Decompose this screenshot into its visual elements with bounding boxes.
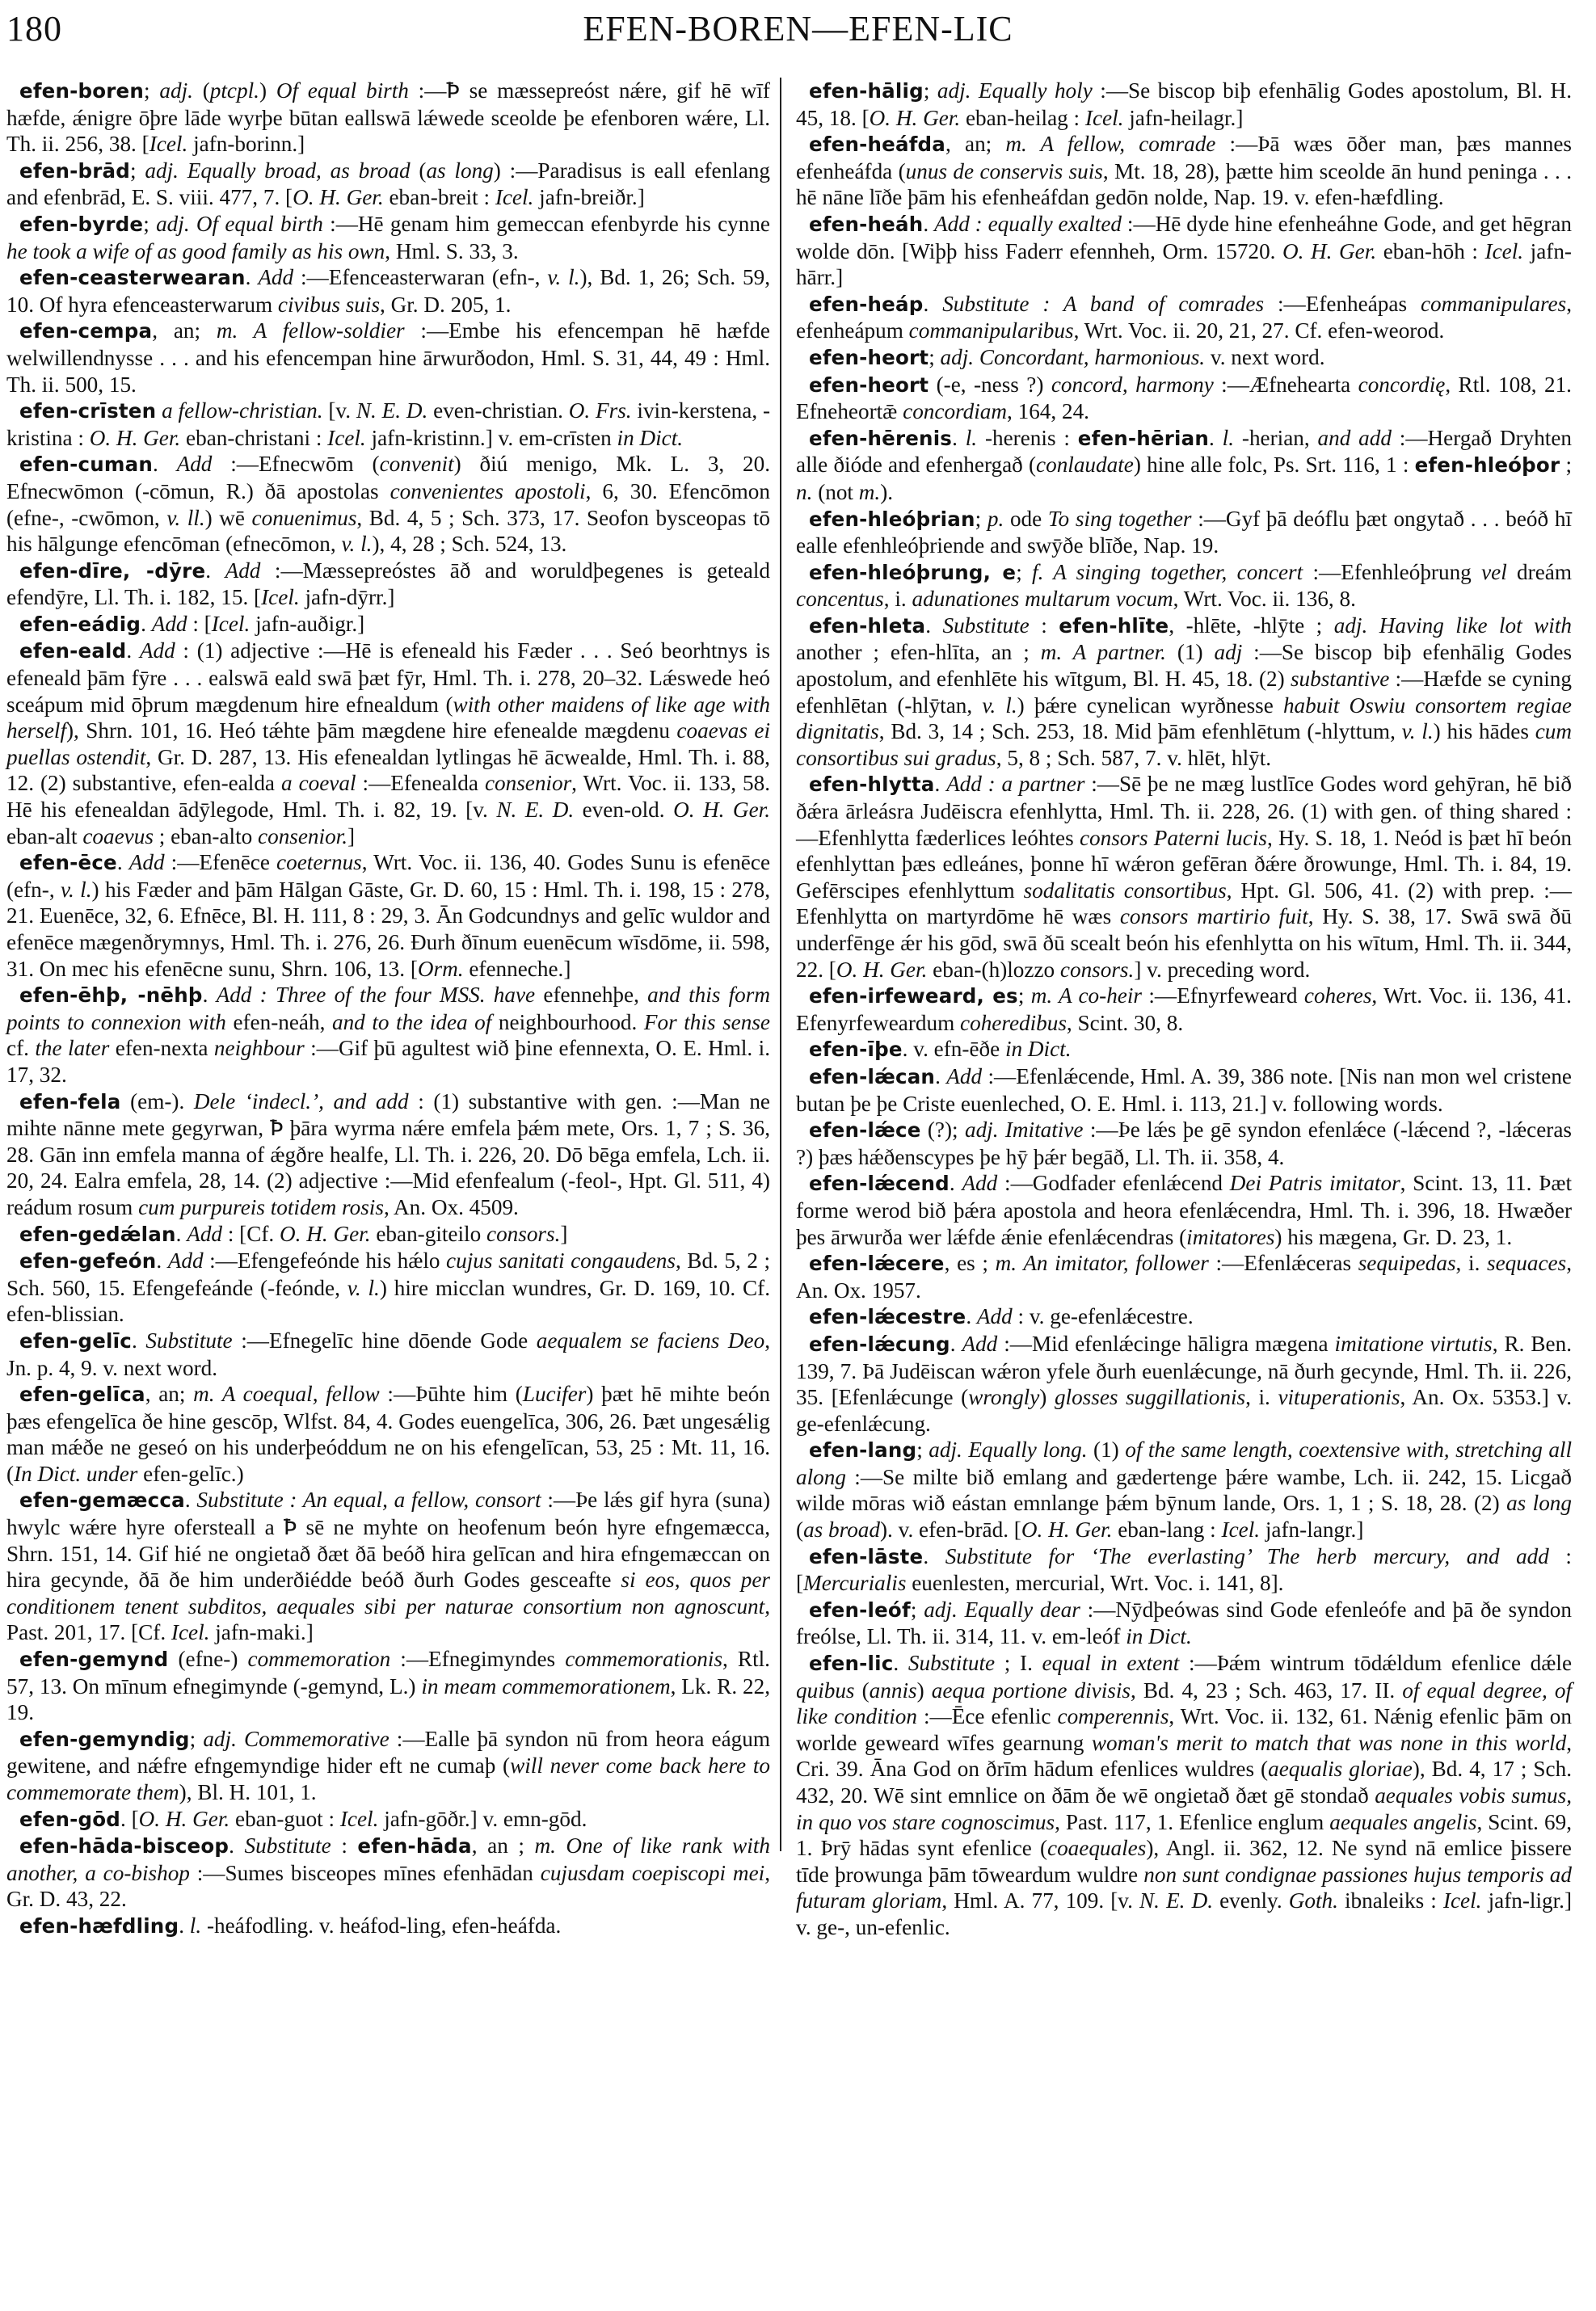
entry-text: , an; bbox=[152, 318, 217, 343]
entry-headword: efen-lǽcestre bbox=[809, 1305, 966, 1328]
entry-headword: efen-ēce bbox=[19, 851, 117, 874]
entry-text: : bbox=[331, 1833, 358, 1858]
italic-gloss: coaevus bbox=[82, 824, 154, 848]
entry-headword: efen-lang bbox=[809, 1438, 916, 1462]
entry-text: ( bbox=[855, 1678, 870, 1703]
italic-gloss: adj. Equally holy bbox=[937, 78, 1093, 103]
italic-gloss: m. A co-heir bbox=[1031, 983, 1142, 1008]
entry-text: , 5, 8 ; Sch. 587, 7. v. hlēt, hlȳt. bbox=[996, 746, 1271, 770]
italic-gloss: aequalem se faciens Deo bbox=[537, 1328, 764, 1353]
entry-text: . bbox=[117, 850, 129, 874]
running-head: EFEN-BOREN—EFEN-LIC bbox=[0, 8, 1596, 49]
entry-headword: efen-boren bbox=[19, 79, 144, 103]
entry-headword: efen-cuman bbox=[19, 453, 153, 476]
italic-gloss: Add : equally exalted bbox=[934, 212, 1122, 236]
entry-text: jafn-borinn.] bbox=[187, 132, 305, 156]
italic-gloss: adj. Commemorative bbox=[203, 1727, 389, 1751]
dictionary-entry: efen-leóf; adj. Equally dear :—Nȳdþeówas… bbox=[796, 1597, 1572, 1650]
entry-headword: efen-lǽcend bbox=[809, 1172, 950, 1195]
italic-gloss: Orm. bbox=[418, 957, 464, 981]
entry-text: ; bbox=[975, 507, 987, 531]
italic-gloss: v. l. bbox=[982, 693, 1017, 718]
entry-text: ), Shrn. 101, 16. Heó tǽhte þām mægdene … bbox=[66, 718, 676, 743]
italic-gloss: glosses suggillationis bbox=[1055, 1385, 1245, 1409]
entry-text: (1) bbox=[1166, 640, 1215, 664]
entry-text: , Wrt. Voc. ii. 136, 8. bbox=[1173, 587, 1356, 611]
entry-text: ) his Fæder and þām Hālgan Gāste, Gr. D.… bbox=[6, 878, 770, 981]
italic-gloss: For this sense bbox=[644, 1010, 770, 1034]
italic-gloss: coaequales bbox=[1047, 1836, 1146, 1860]
dictionary-entry: efen-boren; adj. (ptcpl.) Of equal birth… bbox=[6, 78, 770, 158]
dictionary-entry: efen-gemyndig; adj. Commemorative :—Eall… bbox=[6, 1726, 770, 1806]
italic-gloss: Icel. bbox=[261, 585, 300, 609]
entry-text: , i. bbox=[1456, 1251, 1487, 1275]
dictionary-entry: efen-heort (-e, -ness ?) concord, harmon… bbox=[796, 372, 1572, 425]
italic-gloss: he took a wife of as good family as his … bbox=[6, 239, 385, 263]
italic-gloss: Add bbox=[177, 452, 213, 476]
entry-text: , -hlēte, -hlȳte ; bbox=[1169, 613, 1333, 638]
entry-text: (efne-) bbox=[168, 1647, 247, 1671]
entry-text: , Past. 117, 1. Efenlice englum bbox=[1055, 1810, 1329, 1834]
italic-gloss: v. l. bbox=[1402, 719, 1434, 743]
italic-gloss: Icel. bbox=[1222, 1518, 1261, 1542]
italic-gloss: in meam commemorationem bbox=[421, 1674, 670, 1699]
italic-gloss: cujus sanitati congaudens bbox=[446, 1248, 676, 1273]
entry-text: . v. efn-ēðe bbox=[903, 1037, 1005, 1061]
italic-gloss: adj bbox=[1215, 640, 1243, 664]
italic-gloss: Add bbox=[187, 1222, 222, 1246]
entry-text: , Scint. 30, 8. bbox=[1067, 1011, 1183, 1035]
entry-text: jafn-breiðr.] bbox=[533, 185, 644, 209]
italic-gloss: adunationes multarum vocum bbox=[912, 587, 1173, 611]
dictionary-entry: efen-dīre, -dȳre. Add :—Mæssepreóstes āð… bbox=[6, 558, 770, 611]
entry-text: . bbox=[966, 1304, 977, 1328]
italic-gloss: as broad bbox=[803, 1518, 880, 1542]
entry-text: ; bbox=[911, 1597, 924, 1622]
left-column: efen-boren; adj. (ptcpl.) Of equal birth… bbox=[6, 78, 780, 1941]
italic-gloss: aequales angelis bbox=[1329, 1810, 1476, 1834]
italic-gloss: Add bbox=[140, 638, 175, 663]
entry-text: , an; bbox=[945, 132, 1005, 156]
italic-gloss: l. bbox=[966, 426, 977, 450]
dictionary-entry: efen-lǽce (?); adj. Imitative :—Þe lǽs þ… bbox=[796, 1117, 1572, 1170]
entry-headword: efen-lǽcan bbox=[809, 1065, 935, 1088]
italic-gloss: quibus bbox=[796, 1678, 855, 1703]
italic-gloss: equal in extent bbox=[1042, 1651, 1180, 1675]
italic-gloss: conuenimus bbox=[252, 506, 357, 530]
entry-text: . bbox=[925, 613, 942, 638]
dictionary-entry: efen-byrde; adj. Of equal birth :—Hē gen… bbox=[6, 211, 770, 264]
italic-gloss: adj. Concordant, harmonious. bbox=[941, 345, 1206, 369]
entry-headword: efen-heáh bbox=[809, 213, 923, 236]
italic-gloss: coheredibus bbox=[960, 1011, 1067, 1035]
italic-gloss: Add bbox=[946, 1064, 982, 1088]
entry-headword: efen-gemyndig bbox=[19, 1728, 190, 1751]
italic-gloss: O. H. Ger. bbox=[90, 426, 181, 450]
italic-gloss: neighbour bbox=[214, 1036, 305, 1060]
entry-text: ; bbox=[929, 345, 940, 369]
italic-gloss: l. bbox=[1223, 426, 1234, 450]
italic-gloss: m. A fellow, comrade bbox=[1005, 132, 1215, 156]
entry-text: :—Efenheápas bbox=[1264, 292, 1421, 316]
italic-gloss: a coeval bbox=[281, 771, 356, 795]
entry-headword: efen-lǽcere bbox=[809, 1252, 945, 1275]
entry-text: . bbox=[205, 558, 225, 583]
italic-gloss: consors Paterni lucis bbox=[1080, 826, 1267, 850]
italic-gloss: consors. bbox=[1060, 958, 1134, 982]
entry-text: :—Þūhte him ( bbox=[380, 1382, 523, 1406]
italic-gloss: adj. Having like lot with bbox=[1334, 613, 1572, 638]
entry-text: . bbox=[893, 1651, 907, 1675]
entry-text: euenlesten, mercurial, Wrt. Voc. i. 141,… bbox=[906, 1571, 1283, 1595]
entry-text: , i. bbox=[884, 587, 912, 611]
entry-text: , 164, 24. bbox=[1007, 399, 1089, 423]
entry-text: ), Bl. H. 101, 1. bbox=[179, 1780, 317, 1804]
entry-text: . bbox=[246, 265, 259, 289]
italic-gloss: Substitute : A band of comrades bbox=[942, 292, 1264, 316]
italic-gloss: O. H. Ger. bbox=[1021, 1518, 1113, 1542]
italic-gloss: aequalis gloriae bbox=[1268, 1757, 1413, 1781]
entry-text: ; I. bbox=[995, 1651, 1042, 1675]
entry-text: . bbox=[952, 426, 966, 450]
dictionary-entry: efen-gefeón. Add :—Efengefeónde his hǽlo… bbox=[6, 1248, 770, 1328]
italic-gloss: concordiam bbox=[903, 399, 1007, 423]
entry-text: . bbox=[179, 1913, 190, 1938]
dictionary-entry: efen-brād; adj. Equally broad, as broad … bbox=[6, 158, 770, 211]
entry-headword: efen-hleóþrian bbox=[809, 507, 975, 531]
entry-text: jafn-kristinn.] v. em-crīsten bbox=[366, 426, 617, 450]
entry-text: ; bbox=[190, 1727, 204, 1751]
sub-headword: efen-hleóþor bbox=[1415, 453, 1560, 477]
italic-gloss: adj. Equally long. bbox=[929, 1438, 1087, 1462]
entry-headword: efen-hālig bbox=[809, 79, 924, 103]
entry-text: ) bbox=[1039, 1385, 1055, 1409]
entry-text: :—Ēce efenlic bbox=[917, 1704, 1058, 1728]
entry-text: eban-hōh : bbox=[1376, 239, 1484, 263]
entry-text: jafn-dȳrr.] bbox=[300, 585, 395, 609]
entry-text: :—Efnyrfeweard bbox=[1142, 983, 1304, 1008]
entry-text: :—Æfnehearta bbox=[1214, 373, 1358, 397]
italic-gloss: v. l. bbox=[547, 265, 579, 289]
entry-text: [v. bbox=[323, 398, 356, 423]
entry-text: ] bbox=[560, 1222, 567, 1246]
entry-text: ), 4, 28 ; Sch. 524, 13. bbox=[372, 532, 566, 556]
italic-gloss: sequipedas bbox=[1358, 1251, 1456, 1275]
italic-gloss: l. bbox=[190, 1913, 201, 1938]
italic-gloss: N. E. D. bbox=[1139, 1888, 1213, 1913]
entry-headword: efen-lāste bbox=[809, 1545, 923, 1568]
italic-gloss: Mercurialis bbox=[803, 1571, 906, 1595]
entry-text: , An. Ox. 4509. bbox=[384, 1195, 519, 1219]
italic-gloss: imitatores bbox=[1186, 1225, 1274, 1249]
italic-gloss: m. A coequal, fellow bbox=[193, 1382, 380, 1406]
italic-gloss: v. l. bbox=[347, 1276, 380, 1300]
entry-text: . [ bbox=[120, 1807, 139, 1831]
dictionary-entry: efen-cempa, an; m. A fellow-soldier :—Em… bbox=[6, 318, 770, 398]
italic-gloss: Icel. bbox=[1485, 239, 1524, 263]
entry-headword: efen-hæfdling bbox=[19, 1914, 179, 1938]
italic-gloss: N. E. D. bbox=[496, 798, 574, 822]
italic-gloss: Icel. bbox=[1085, 106, 1124, 130]
dictionary-entry: efen-lang; adj. Equally long. (1) of the… bbox=[796, 1437, 1572, 1543]
entry-headword: efen-hāda-bisceop bbox=[19, 1834, 229, 1858]
entry-text: : [ bbox=[187, 612, 212, 636]
italic-gloss: sodalitatis consortibus bbox=[1024, 878, 1227, 903]
italic-gloss: consors martirio fuit bbox=[1120, 904, 1308, 928]
entry-text: ) þǽre cynelican wyrðnesse bbox=[1017, 693, 1283, 718]
entry-text: eban-breit : bbox=[384, 185, 495, 209]
italic-gloss: Substitute bbox=[145, 1328, 232, 1353]
italic-gloss: as long bbox=[1506, 1491, 1572, 1515]
entry-text: :—Efengefeónde his hǽlo bbox=[204, 1248, 446, 1273]
italic-gloss: Lucifer bbox=[523, 1382, 587, 1406]
entry-text: ; bbox=[924, 78, 937, 103]
dictionary-entry: efen-lāste. Substitute for ‘The everlast… bbox=[796, 1543, 1572, 1597]
entry-text: dreám bbox=[1507, 560, 1572, 584]
italic-gloss: wrongly bbox=[968, 1385, 1039, 1409]
dictionary-entry: efen-hleóþrung, e; f. A singing together… bbox=[796, 559, 1572, 612]
entry-text: jafn-langr.] bbox=[1260, 1518, 1363, 1542]
italic-gloss: the later bbox=[35, 1036, 109, 1060]
italic-gloss: Add bbox=[225, 558, 261, 583]
italic-gloss: Icel. bbox=[212, 612, 251, 636]
italic-gloss: commanipulares bbox=[1421, 292, 1566, 316]
entry-text: : [Cf. bbox=[222, 1222, 280, 1246]
dictionary-entry: efen-hālig; adj. Equally holy :—Se bisco… bbox=[796, 78, 1572, 131]
italic-gloss: concordię bbox=[1358, 373, 1446, 397]
entry-text: eban-lang : bbox=[1112, 1518, 1221, 1542]
entry-headword: efen-gelīca bbox=[19, 1383, 145, 1406]
sub-headword: efen-hāda bbox=[357, 1834, 471, 1858]
entry-headword: efen-dīre, -dȳre bbox=[19, 559, 205, 583]
dictionary-entry: efen-heáfda, an; m. A fellow, comrade :—… bbox=[796, 131, 1572, 211]
entry-headword: efen-hleta bbox=[809, 614, 925, 638]
entry-text: ; bbox=[916, 1438, 929, 1462]
italic-gloss: O. Frs. bbox=[569, 398, 632, 423]
entry-text: ; bbox=[143, 212, 156, 236]
entry-text: efen-nexta bbox=[109, 1036, 214, 1060]
entry-text: ode bbox=[1004, 507, 1048, 531]
entry-text: jafn-gōðr.] v. emn-gōd. bbox=[378, 1807, 587, 1831]
entry-text: even-old. bbox=[574, 798, 673, 822]
entry-text: (-e, -ness ?) bbox=[929, 373, 1051, 397]
entry-headword: efen-eald bbox=[19, 639, 126, 663]
italic-gloss: v. ll. bbox=[166, 506, 204, 530]
entry-text: jafn-maki.] bbox=[209, 1620, 313, 1644]
entry-text: efenneche.] bbox=[464, 957, 571, 981]
entry-text: another ; efen-hlīta, an ; bbox=[796, 640, 1041, 664]
entry-headword: efen-lǽcung bbox=[809, 1332, 950, 1356]
dictionary-entry: efen-ēhþ, -nēhþ. Add : Three of the four… bbox=[6, 982, 770, 1088]
entry-text: v. next word. bbox=[1205, 345, 1325, 369]
italic-gloss: Add : Three of the four MSS. have bbox=[217, 983, 536, 1007]
italic-gloss: Dele ‘indecl.’, and add bbox=[194, 1089, 409, 1113]
entry-text: (?); bbox=[921, 1118, 965, 1142]
entry-headword: efen-ēhþ, -nēhþ bbox=[19, 983, 203, 1007]
entry-text: . bbox=[923, 1544, 945, 1568]
entry-headword: efen-hleóþrung, e bbox=[809, 561, 1016, 584]
italic-gloss: coeternus bbox=[276, 850, 362, 874]
italic-gloss: convenit bbox=[380, 452, 454, 476]
italic-gloss: sequaces bbox=[1487, 1251, 1566, 1275]
italic-gloss: Substitute bbox=[942, 613, 1029, 638]
entry-text: ; bbox=[1016, 560, 1032, 584]
entry-headword: efen-leóf bbox=[809, 1598, 911, 1622]
italic-gloss: consors. bbox=[486, 1222, 560, 1246]
entry-text: , an ; bbox=[472, 1833, 535, 1858]
entry-text: cf. bbox=[6, 1036, 35, 1060]
entry-text: . bbox=[153, 452, 177, 476]
entry-text: , Bd. 3, 14 ; Sch. 253, 18. Mid þām efen… bbox=[879, 719, 1402, 743]
dictionary-entry: efen-hlytta. Add : a partner :—Sē þe ne … bbox=[796, 771, 1572, 983]
entry-headword: efen-hērenis bbox=[809, 427, 952, 450]
italic-gloss: adj. Equally broad, as broad bbox=[145, 158, 410, 183]
entry-text: . bbox=[923, 212, 934, 236]
entry-headword: efen-lic bbox=[809, 1652, 893, 1675]
dictionary-entry: efen-lǽcung. Add :—Mid efenlǽcinge hālig… bbox=[796, 1331, 1572, 1437]
entry-text: ) hine alle folc, Ps. Srt. 116, 1 : bbox=[1134, 453, 1415, 477]
dictionary-entry: efen-gedǽlan. Add : [Cf. O. H. Ger. eban… bbox=[6, 1221, 770, 1248]
entry-headword: efen-gemynd bbox=[19, 1648, 168, 1671]
italic-gloss: and to the idea of bbox=[332, 1010, 491, 1034]
entry-text: ] bbox=[347, 824, 355, 848]
italic-gloss: m. A fellow-soldier bbox=[217, 318, 405, 343]
entry-text: . bbox=[950, 1171, 962, 1195]
italic-gloss: Substitute for ‘The everlasting’ The her… bbox=[945, 1544, 1549, 1568]
dictionary-entry: efen-cuman. Add :—Efnecwōm (convenit) ði… bbox=[6, 451, 770, 557]
entry-headword: efen-ceasterwearan bbox=[19, 266, 246, 289]
entry-text: . bbox=[185, 1488, 197, 1512]
entry-text: . bbox=[229, 1833, 244, 1858]
italic-gloss: O. H. Ger. bbox=[1282, 239, 1376, 263]
italic-gloss: Add bbox=[962, 1332, 997, 1356]
italic-gloss: Icel. bbox=[327, 426, 366, 450]
dictionary-columns: efen-boren; adj. (ptcpl.) Of equal birth… bbox=[6, 78, 1586, 1941]
entry-text: . bbox=[923, 292, 942, 316]
entry-headword: efen-heort bbox=[809, 346, 929, 369]
dictionary-entry: efen-gelīc. Substitute :—Efnegelīc hine … bbox=[6, 1328, 770, 1381]
entry-text: eban-christani : bbox=[180, 426, 327, 450]
entry-text: eban-(h)lozzo bbox=[927, 958, 1060, 982]
italic-gloss: substantive bbox=[1291, 667, 1389, 691]
italic-gloss: unus de conservis suis bbox=[906, 159, 1103, 183]
dictionary-entry: efen-crīsten a fellow-christian. [v. N. … bbox=[6, 398, 770, 451]
italic-gloss: vituperationis bbox=[1278, 1385, 1400, 1409]
italic-gloss: adj. bbox=[159, 78, 193, 103]
italic-gloss: concentus bbox=[796, 587, 884, 611]
dictionary-entry: efen-hāda-bisceop. Substitute : efen-hād… bbox=[6, 1833, 770, 1913]
entry-text: :—Efenēce bbox=[165, 850, 276, 874]
entry-text: (not bbox=[812, 480, 858, 504]
entry-text: . bbox=[935, 1064, 946, 1088]
entry-text: even-christian. bbox=[427, 398, 568, 423]
italic-gloss: annis bbox=[870, 1678, 917, 1703]
italic-gloss: v. l. bbox=[341, 532, 372, 556]
entry-text: ) bbox=[259, 78, 276, 103]
italic-gloss: adj. Of equal birth bbox=[156, 212, 323, 236]
dictionary-entry: efen-eádig. Add : [Icel. jafn-auðigr.] bbox=[6, 611, 770, 638]
entry-text: ; bbox=[144, 78, 159, 103]
entry-text: neighbourhood. bbox=[491, 1010, 644, 1034]
italic-gloss: Icel. bbox=[495, 185, 534, 209]
dictionary-entry: efen-gemæcca. Substitute : An equal, a f… bbox=[6, 1487, 770, 1646]
italic-gloss: a fellow-christian. bbox=[162, 398, 322, 423]
dictionary-entry: efen-lǽcend. Add :—Godfader efenlǽcend D… bbox=[796, 1170, 1572, 1250]
entry-text: efen-gelīc.) bbox=[137, 1462, 243, 1486]
italic-gloss: adj. Equally dear bbox=[924, 1597, 1080, 1622]
entry-text: :—Efenhleóþrung bbox=[1303, 560, 1481, 584]
italic-gloss: Add bbox=[168, 1248, 204, 1273]
entry-headword: efen-crīsten bbox=[19, 399, 156, 423]
entry-text: ; bbox=[1560, 453, 1572, 477]
entry-text: . bbox=[126, 638, 140, 663]
entry-text: ( bbox=[796, 1518, 803, 1542]
italic-gloss: consenior bbox=[485, 771, 571, 795]
italic-gloss: concord, harmony bbox=[1051, 373, 1214, 397]
dictionary-entry: efen-hleóþrian; p. ode To sing together … bbox=[796, 506, 1572, 559]
entry-headword: efen-īþe bbox=[809, 1038, 903, 1061]
italic-gloss: woman's merit to match that was none in … bbox=[1092, 1731, 1566, 1755]
entry-text: ) his hādes bbox=[1434, 719, 1535, 743]
entry-text: efennehþe, bbox=[535, 983, 647, 1007]
entry-text: ) his mægena, Gr. D. 23, 1. bbox=[1274, 1225, 1512, 1249]
entry-headword: efen-eádig bbox=[19, 612, 141, 636]
entry-text: . bbox=[1209, 426, 1223, 450]
italic-gloss: in Dict. bbox=[1126, 1624, 1192, 1648]
entry-text: . bbox=[132, 1328, 145, 1353]
italic-gloss: Substitute bbox=[245, 1833, 331, 1858]
italic-gloss: civibus suis bbox=[278, 293, 380, 317]
entry-text: :—Efnegelīc hine dōende Gode bbox=[233, 1328, 537, 1353]
italic-gloss: coheres bbox=[1304, 983, 1372, 1008]
entry-text: ) wē bbox=[205, 506, 252, 530]
entry-headword: efen-byrde bbox=[19, 213, 143, 236]
italic-gloss: O. H. Ger. bbox=[139, 1807, 230, 1831]
entry-headword: efen-gelīc bbox=[19, 1329, 132, 1353]
italic-gloss: Add bbox=[977, 1304, 1013, 1328]
italic-gloss: aequa portione divisis bbox=[932, 1678, 1131, 1703]
entry-text: . bbox=[203, 983, 217, 1007]
italic-gloss: O. H. Ger. bbox=[293, 185, 384, 209]
entry-text: , es ; bbox=[945, 1251, 996, 1275]
entry-headword: efen-fela bbox=[19, 1090, 121, 1113]
dictionary-entry: efen-ēce. Add :—Efenēce coeternus, Wrt. … bbox=[6, 849, 770, 982]
entry-text: eban-giteilo bbox=[371, 1222, 486, 1246]
sub-headword: efen-hlīte bbox=[1059, 614, 1169, 638]
italic-gloss: vel bbox=[1481, 560, 1507, 584]
entry-text: :—Mid efenlǽcinge hāligra mægena bbox=[997, 1332, 1334, 1356]
italic-gloss: in Dict. bbox=[1005, 1037, 1072, 1061]
italic-gloss: Substitute bbox=[908, 1651, 995, 1675]
entry-text: :—Efenealda bbox=[356, 771, 485, 795]
italic-gloss: imitatione virtutis bbox=[1335, 1332, 1493, 1356]
italic-gloss: O. H. Ger. bbox=[280, 1222, 371, 1246]
entry-text: eban-alt bbox=[6, 824, 82, 848]
italic-gloss: O. H. Ger. bbox=[673, 798, 770, 822]
entry-headword: efen-heáp bbox=[809, 293, 923, 316]
dictionary-entry: efen-hleta. Substitute : efen-hlīte, -hl… bbox=[796, 612, 1572, 772]
italic-gloss: Icel. bbox=[340, 1807, 379, 1831]
dictionary-entry: efen-heort; adj. Concordant, harmonious.… bbox=[796, 344, 1572, 372]
entry-text: evenly. bbox=[1213, 1888, 1289, 1913]
italic-gloss: v. l. bbox=[61, 878, 92, 902]
entry-text: efen-neáh, bbox=[226, 1010, 332, 1034]
page-header: 180 EFEN-BOREN—EFEN-LIC bbox=[0, 0, 1596, 65]
entry-text: :—Efenceasterwaran (efn-, bbox=[293, 265, 547, 289]
entry-headword: efen-heort bbox=[809, 373, 929, 397]
dictionary-entry: efen-heáp. Substitute : A band of comrad… bbox=[796, 291, 1572, 344]
dictionary-entry: efen-gōd. [O. H. Ger. eban-guot : Icel. … bbox=[6, 1806, 770, 1833]
